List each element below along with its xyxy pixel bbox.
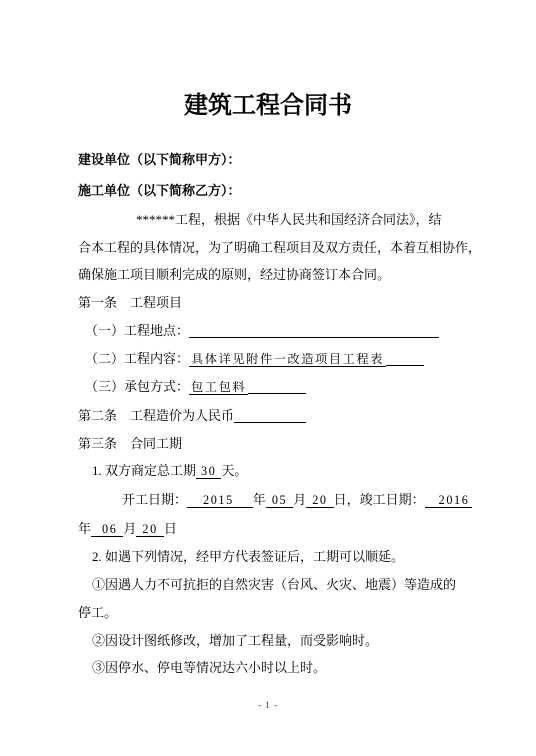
article-1-item-content: （二）工程内容：具体详见附件一改造项目工程表	[78, 345, 536, 374]
extension-item-1-text: 停工。	[78, 605, 117, 620]
end-date-label: 日，竣工日期：	[334, 492, 425, 507]
party-b-label: 施工单位（以下简称乙方）：	[78, 183, 241, 198]
extension-item-1-text: ①因遇人力不可抗拒的自然灾害（台风、火灾、地震）等造成的	[92, 577, 456, 592]
extension-intro-text: 2. 如遇下列情况，经甲方代表签证后，工期可以顺延。	[92, 549, 404, 564]
intro-text: 合本工程的具体情况，为了明确工程项目及双方责任，本着互相协作，	[78, 240, 481, 255]
article-2-title: 第二条 工程造价为人民币	[78, 408, 234, 423]
party-b-line: 施工单位（以下简称乙方）：	[78, 175, 536, 206]
article-1-item-location: （一）工程地点：	[78, 317, 536, 345]
party-a-line: 建设单位（以下简称甲方）：	[78, 144, 536, 175]
extension-item-3: ③因停水、停电等情况达六小时以上时。	[78, 654, 536, 682]
dates-line-1: 开工日期：2015年05月20日，竣工日期：2016	[78, 486, 536, 515]
intro-text: ******工程，根据《中华人民共和国经济合同法》，结	[136, 212, 442, 227]
day-label: 日	[164, 521, 177, 536]
contract-body: 建设单位（以下简称甲方）：施工单位（以下简称乙方）：******工程，根据《中华…	[0, 144, 536, 682]
article-1-heading: 第一条 工程项目	[78, 289, 536, 317]
price-blank-underline	[234, 407, 306, 423]
year-label: 年	[253, 492, 266, 507]
end-day-value: 20	[136, 522, 163, 537]
method-blank-underline	[248, 378, 306, 394]
start-month-value: 05	[266, 493, 293, 508]
article-2-heading: 第二条 工程造价为人民币	[78, 402, 536, 430]
end-year-value: 2016	[425, 493, 473, 508]
month-label: 月	[293, 492, 306, 507]
article-1-title: 第一条 工程项目	[78, 295, 182, 310]
article-3-title: 第三条 合同工期	[78, 436, 182, 451]
month-label: 月	[123, 521, 136, 536]
dates-line-2: 年06月20日	[78, 515, 536, 544]
contract-document-page: 建筑工程合同书 建设单位（以下简称甲方）：施工单位（以下简称乙方）：******…	[0, 0, 536, 756]
start-date-label: 开工日期：	[122, 492, 187, 507]
duration-label: 1. 双方商定总工期	[92, 463, 196, 478]
location-blank-underline	[189, 322, 439, 338]
extension-item-3-text: ③因停水、停电等情况达六小时以上时。	[92, 660, 326, 675]
article-1-item-method: （三）承包方式：包工包料	[78, 373, 536, 402]
intro-line-3: 确保施工项目顺利完成的原则，经过协商签订本合同。	[78, 261, 536, 289]
end-month-value: 06	[91, 522, 123, 537]
extension-item-2-text: ②因设计图纸修改，增加了工程量，而受影响时。	[92, 633, 378, 648]
content-filled-value: 具体详见附件一改造项目工程表	[189, 352, 386, 367]
start-day-value: 20	[306, 493, 333, 508]
intro-line-2: 合本工程的具体情况，为了明确工程项目及双方责任，本着互相协作，	[78, 234, 536, 262]
method-label: （三）承包方式：	[85, 379, 189, 394]
method-filled-value: 包工包料	[189, 380, 248, 395]
content-blank-underline	[386, 350, 424, 366]
extension-intro-line: 2. 如遇下列情况，经甲方代表签证后，工期可以顺延。	[78, 543, 536, 571]
start-year-value: 2015	[187, 493, 253, 508]
year-label: 年	[78, 521, 91, 536]
location-label: （一）工程地点：	[85, 323, 189, 338]
document-title: 建筑工程合同书	[0, 92, 536, 121]
intro-line-1: ******工程，根据《中华人民共和国经济合同法》，结	[78, 206, 536, 234]
duration-unit: 天。	[221, 463, 247, 478]
content-label: （二）工程内容：	[85, 351, 189, 366]
party-a-label: 建设单位（以下简称甲方）：	[78, 152, 241, 167]
duration-line: 1. 双方商定总工期30天。	[78, 457, 536, 486]
extension-item-1-line-1: ①因遇人力不可抗拒的自然灾害（台风、火灾、地震）等造成的	[78, 571, 536, 599]
extension-item-1-line-2: 停工。	[78, 599, 536, 627]
page-number: - 1 -	[0, 700, 536, 710]
article-3-heading: 第三条 合同工期	[78, 430, 536, 458]
intro-text: 确保施工项目顺利完成的原则，经过协商签订本合同。	[78, 267, 390, 282]
extension-item-2: ②因设计图纸修改，增加了工程量，而受影响时。	[78, 627, 536, 655]
duration-days-value: 30	[196, 464, 221, 479]
